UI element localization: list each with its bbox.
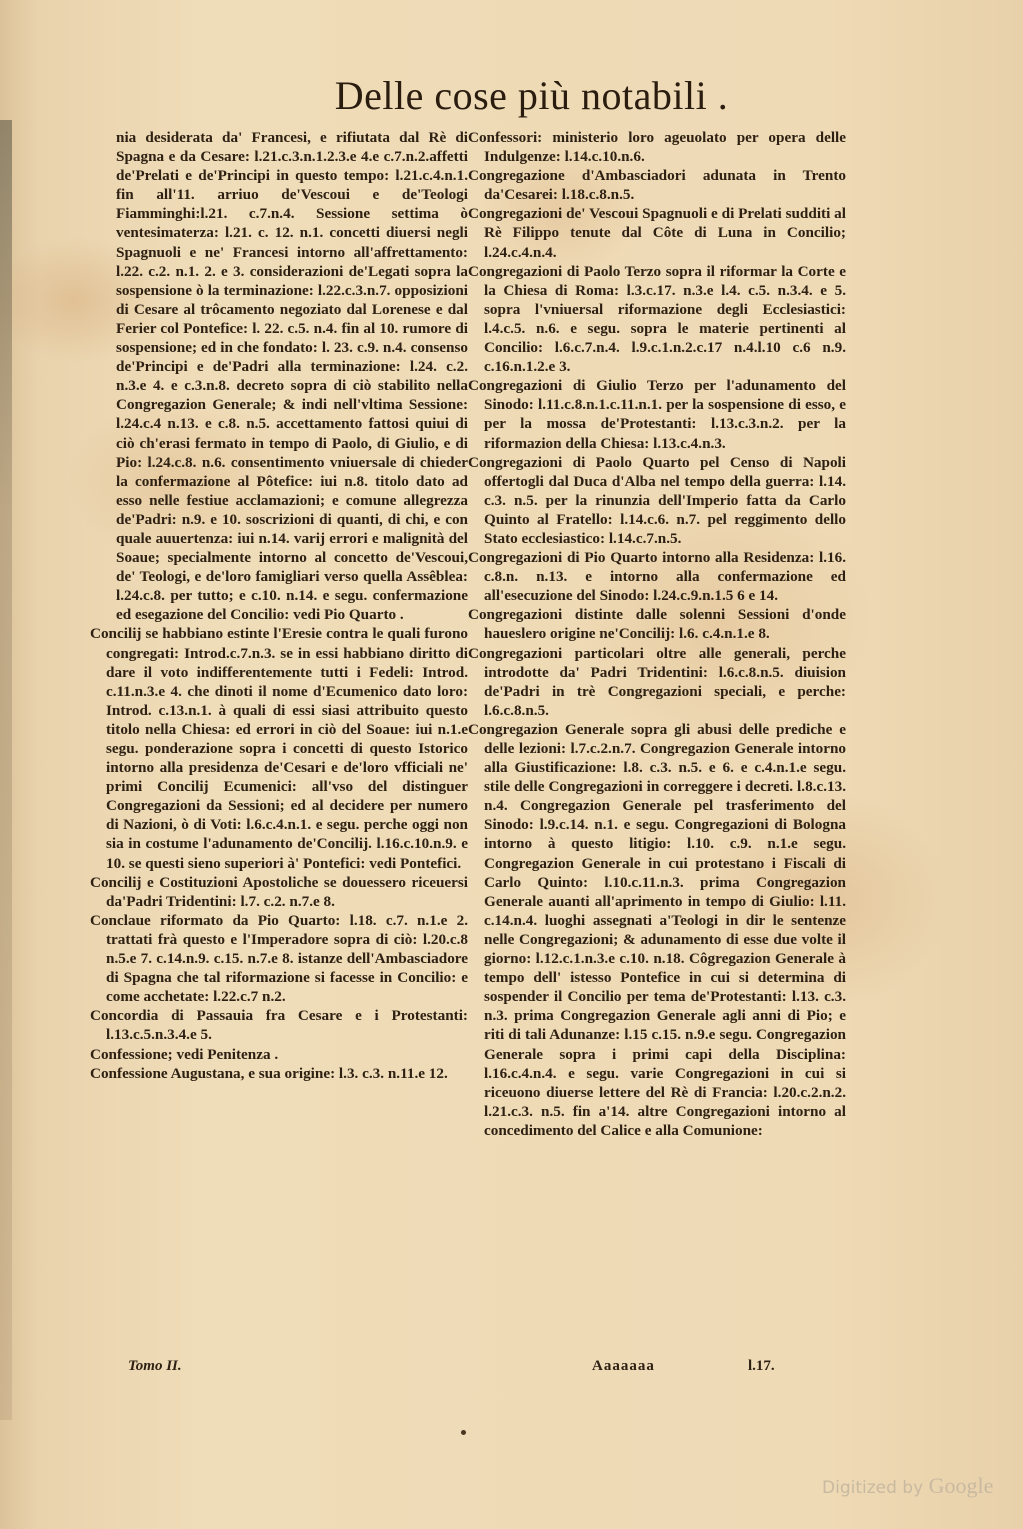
- ink-spot: [461, 1430, 466, 1435]
- index-entry-congregazioni-giulio-terzo: Congregazioni di Giulio Terzo per l'adun…: [468, 376, 846, 452]
- index-entry-confessori: Confessori: ministerio loro ageuolato pe…: [468, 128, 846, 166]
- index-entry-concilij: Concilij se habbiano estinte l'Eresie co…: [90, 624, 468, 872]
- index-entry-congregazioni-particolari: Congregazioni particolari oltre alle gen…: [468, 644, 846, 720]
- digitization-watermark: Digitized by Google: [822, 1473, 993, 1499]
- index-entry-congregazioni-distinte: Congregazioni distinte dalle solenni Ses…: [468, 605, 846, 643]
- index-entry-congregazioni-vescoui: Congregazioni de' Vescoui Spagnuoli e di…: [468, 204, 846, 261]
- index-entry-congregazioni-pio-quarto: Congregazioni di Pio Quarto intorno alla…: [468, 548, 846, 605]
- volume-label: Tomo II.: [128, 1358, 182, 1375]
- index-entry-confessione: Confessione; vedi Penitenza .: [90, 1045, 468, 1064]
- index-entry-conclaue: Conclaue riformato da Pio Quarto: l.18. …: [90, 911, 468, 1006]
- index-entry-congregazioni-paolo-quarto: Congregazioni di Paolo Quarto pel Censo …: [468, 453, 846, 548]
- index-entry-continuation: nia desiderata da' Francesi, e rifiutata…: [90, 128, 468, 624]
- running-head: Delle cose più notabili .: [0, 72, 1023, 119]
- left-column: nia desiderata da' Francesi, e rifiutata…: [90, 128, 468, 1083]
- right-column: Confessori: ministerio loro ageuolato pe…: [468, 128, 846, 1140]
- watermark-prefix: Digitized by: [822, 1478, 923, 1498]
- index-entry-congregazione-ambasciadori: Congregazione d'Ambasciadori adunata in …: [468, 166, 846, 204]
- catchword: l.17.: [748, 1358, 775, 1375]
- index-entry-concilij-costituzioni: Concilij e Costituzioni Apostoliche se d…: [90, 873, 468, 911]
- running-head-text: Delle cose più notabili .: [335, 73, 729, 118]
- index-entry-confessione-augustana: Confessione Augustana, e sua origine: l.…: [90, 1064, 468, 1083]
- index-entry-congregazion-generale: Congregazion Generale sopra gli abusi de…: [468, 720, 846, 1140]
- book-page: Delle cose più notabili . nia desiderata…: [0, 0, 1023, 1529]
- adjacent-page-edge: [0, 120, 12, 1420]
- watermark-brand: Google: [929, 1473, 994, 1498]
- signature-mark: Aaaaaaa: [592, 1358, 655, 1375]
- index-entry-concordia: Concordia di Passauia fra Cesare e i Pro…: [90, 1006, 468, 1044]
- index-entry-congregazioni-paolo-terzo: Congregazioni di Paolo Terzo sopra il ri…: [468, 262, 846, 377]
